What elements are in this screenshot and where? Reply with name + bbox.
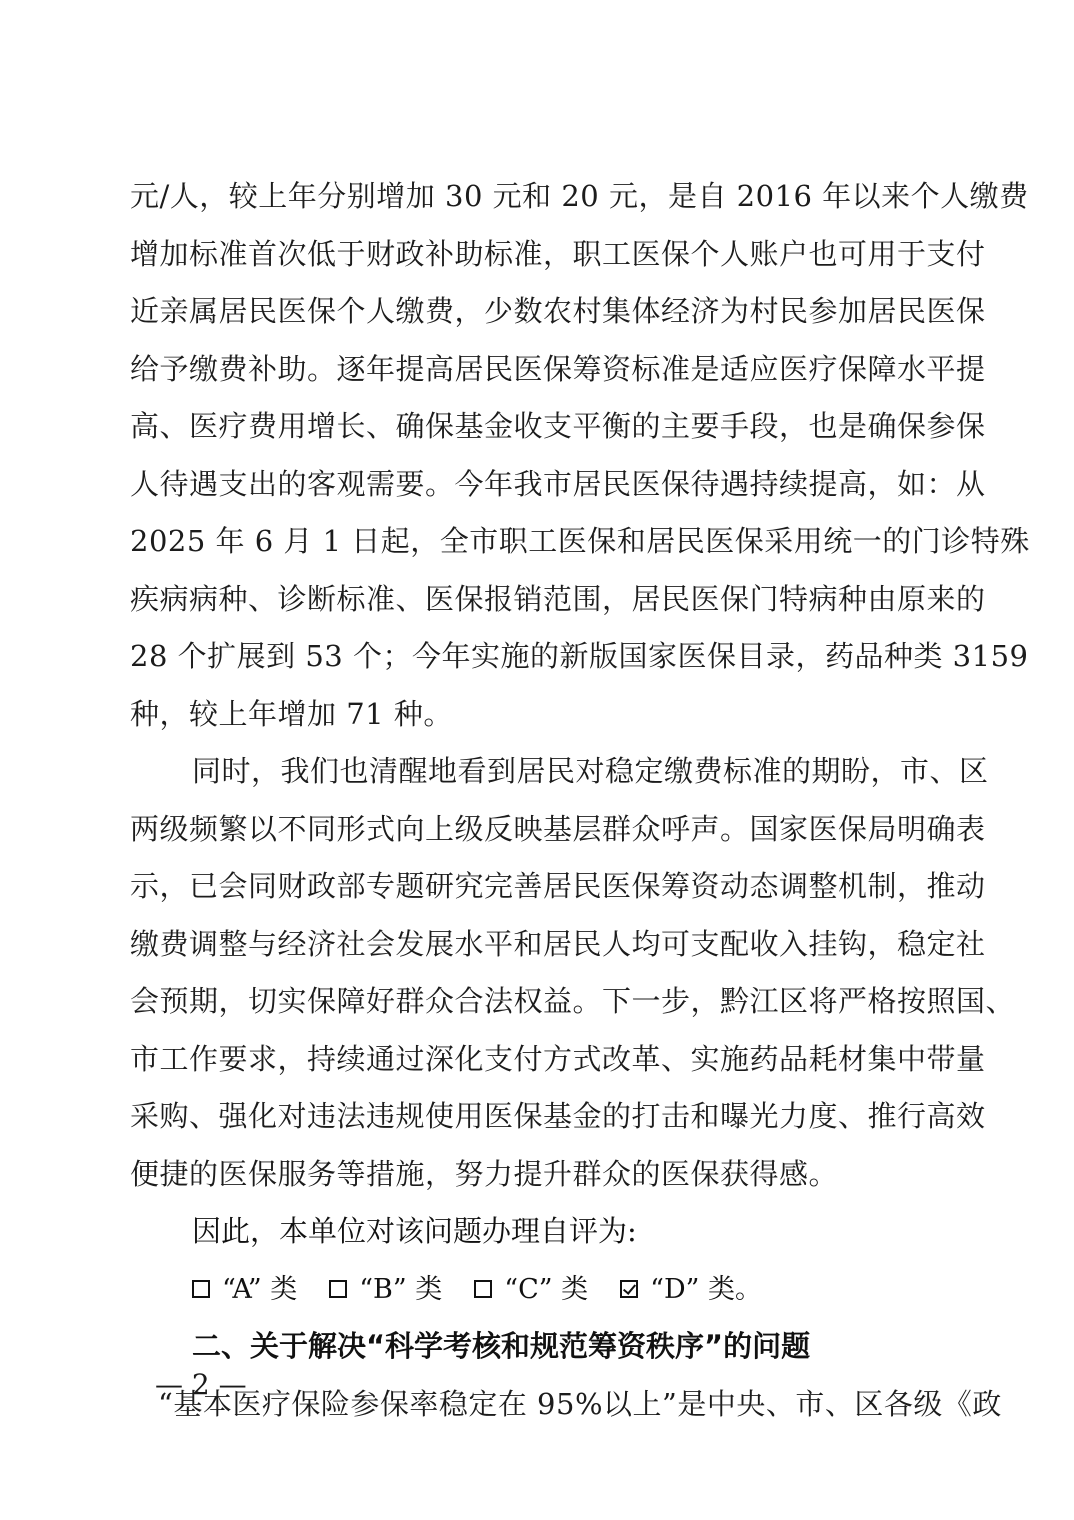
text-line: 市工作要求，持续通过深化支付方式改革、实施药品耗材集中带量 — [130, 1031, 942, 1089]
text-line: 给予缴费补助。逐年提高居民医保筹资标准是适应医疗保障水平提 — [130, 341, 942, 399]
text-line: 2025 年 6 月 1 日起，全市职工医保和居民医保采用统一的门诊特殊 — [130, 513, 942, 571]
text-line: 元/人，较上年分别增加 30 元和 20 元，是自 2016 年以来个人缴费 — [130, 168, 942, 226]
rating-option-a[interactable]: “A” 类 — [192, 1261, 311, 1319]
text-line: 缴费调整与经济社会发展水平和居民人均可支配收入挂钩，稳定社 — [130, 916, 942, 974]
text-line: 高、医疗费用增长、确保基金收支平衡的主要手段，也是确保参保 — [130, 398, 942, 456]
checkbox-checked-icon[interactable] — [620, 1280, 638, 1298]
section-2-heading: 二、关于解决“科学考核和规范筹资秩序”的问题 — [130, 1318, 942, 1376]
rating-option-c[interactable]: “C” 类 — [474, 1261, 602, 1319]
checkbox-empty-icon[interactable] — [329, 1280, 347, 1298]
paragraph-1: 元/人，较上年分别增加 30 元和 20 元，是自 2016 年以来个人缴费 增… — [130, 168, 942, 743]
rating-option-label: “A” 类 — [222, 1261, 297, 1319]
text-line: 近亲属居民医保个人缴费，少数农村集体经济为村民参加居民医保 — [130, 283, 942, 341]
rating-option-label: “C” 类 — [504, 1261, 588, 1319]
document-page: 元/人，较上年分别增加 30 元和 20 元，是自 2016 年以来个人缴费 增… — [130, 168, 942, 1433]
rating-option-label: “B” 类 — [359, 1261, 442, 1319]
text-line: 人待遇支出的客观需要。今年我市居民医保待遇持续提高，如：从 — [130, 456, 942, 514]
self-rating-intro: 因此，本单位对该问题办理自评为: — [130, 1203, 942, 1261]
text-line: 会预期，切实保障好群众合法权益。下一步，黔江区将严格按照国、 — [130, 973, 942, 1031]
text-line: 示，已会同财政部专题研究完善居民医保筹资动态调整机制，推动 — [130, 858, 942, 916]
text-line: 采购、强化对违法违规使用医保基金的打击和曝光力度、推行高效 — [130, 1088, 942, 1146]
self-rating-options: “A” 类 “B” 类 “C” 类 “D” 类。 — [130, 1261, 942, 1319]
text-line: 增加标准首次低于财政补助标准，职工医保个人账户也可用于支付 — [130, 226, 942, 284]
text-line: 便捷的医保服务等措施，努力提升群众的医保获得感。 — [130, 1146, 942, 1204]
rating-option-d[interactable]: “D” 类。 — [620, 1261, 776, 1319]
section-2-first-line: “基本医疗保险参保率稳定在 95%以上”是中央、市、区各级《政 — [130, 1376, 942, 1434]
text-line: 28 个扩展到 53 个；今年实施的新版国家医保目录，药品种类 3159 — [130, 628, 942, 686]
checkbox-empty-icon[interactable] — [474, 1280, 492, 1298]
rating-option-label: “D” 类。 — [650, 1261, 762, 1319]
text-line: 同时，我们也清醒地看到居民对稳定缴费标准的期盼，市、区 — [130, 743, 942, 801]
paragraph-2: 同时，我们也清醒地看到居民对稳定缴费标准的期盼，市、区 两级频繁以不同形式向上级… — [130, 743, 942, 1203]
checkbox-empty-icon[interactable] — [192, 1280, 210, 1298]
text-line: 两级频繁以不同形式向上级反映基层群众呼声。国家医保局明确表 — [130, 801, 942, 859]
rating-option-b[interactable]: “B” 类 — [329, 1261, 456, 1319]
text-line: 疾病病种、诊断标准、医保报销范围，居民医保门特病种由原来的 — [130, 571, 942, 629]
text-line: 种，较上年增加 71 种。 — [130, 686, 942, 744]
page-number: — 2 — — [155, 1368, 247, 1401]
